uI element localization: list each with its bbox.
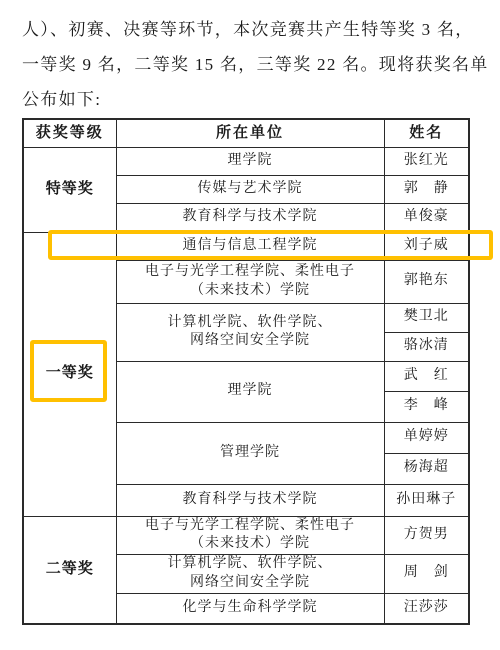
unit-cell: 电子与光学工程学院、柔性电子 （未来技术）学院 (116, 260, 384, 303)
name-cell: 方贺男 (384, 516, 469, 554)
name-cell: 张红光 (384, 147, 469, 175)
unit-text-line2: 网络空间安全学院 (119, 332, 382, 350)
unit-text: 通信与信息工程学院 (119, 237, 382, 255)
unit-text: 传媒与艺术学院 (119, 180, 382, 198)
name-cell: 郭 静 (384, 175, 469, 203)
unit-cell-highlighted: 通信与信息工程学院 (116, 232, 384, 260)
unit-cell: 教育科学与技术学院 (116, 203, 384, 232)
unit-text: 化学与生命科学学院 (119, 599, 382, 617)
name-cell: 单婷婷 (384, 422, 469, 453)
unit-text: 教育科学与技术学院 (119, 208, 382, 226)
name-cell: 单俊豪 (384, 203, 469, 232)
unit-cell: 电子与光学工程学院、柔性电子 （未来技术）学院 (116, 516, 384, 554)
table-row-highlighted: 一等奖 通信与信息工程学院 刘子威 (23, 232, 469, 260)
header-name: 姓名 (384, 119, 469, 147)
awards-table-wrap: 获奖等级 所在单位 姓名 特等奖 理学院 张红光 传媒与艺术学院 郭 静 教育科… (22, 118, 468, 625)
unit-cell: 计算机学院、软件学院、 网络空间安全学院 (116, 554, 384, 593)
name-cell: 李 峰 (384, 391, 469, 422)
unit-cell: 管理学院 (116, 422, 384, 484)
name-cell: 骆冰清 (384, 332, 469, 361)
table-row: 二等奖 电子与光学工程学院、柔性电子 （未来技术）学院 方贺男 (23, 516, 469, 554)
unit-text: 理学院 (119, 382, 382, 400)
unit-cell: 理学院 (116, 361, 384, 422)
intro-line-1: 人）、初赛、决赛等环节，本次竞赛共产生特等奖 3 名， (22, 12, 482, 47)
unit-cell: 传媒与艺术学院 (116, 175, 384, 203)
unit-cell: 理学院 (116, 147, 384, 175)
awards-table: 获奖等级 所在单位 姓名 特等奖 理学院 张红光 传媒与艺术学院 郭 静 教育科… (22, 118, 470, 625)
name-cell: 汪莎莎 (384, 593, 469, 624)
unit-text-line1: 计算机学院、软件学院、 (119, 314, 382, 332)
unit-cell: 计算机学院、软件学院、 网络空间安全学院 (116, 303, 384, 361)
unit-text-line2: 网络空间安全学院 (119, 574, 382, 592)
unit-text-line2: （未来技术）学院 (119, 282, 382, 300)
table-header-row: 获奖等级 所在单位 姓名 (23, 119, 469, 147)
intro-line-2: 一等奖 9 名，二等奖 15 名，三等奖 22 名。现将获奖名单 (22, 47, 482, 82)
table-row: 特等奖 理学院 张红光 (23, 147, 469, 175)
unit-text-line1: 计算机学院、软件学院、 (119, 555, 382, 573)
intro-paragraph: 人）、初赛、决赛等环节，本次竞赛共产生特等奖 3 名， 一等奖 9 名，二等奖 … (0, 0, 500, 117)
name-cell-highlighted: 刘子威 (384, 232, 469, 260)
name-cell: 樊卫北 (384, 303, 469, 332)
unit-cell: 化学与生命科学学院 (116, 593, 384, 624)
name-cell: 周 剑 (384, 554, 469, 593)
name-cell: 孙田琳子 (384, 484, 469, 516)
intro-line-3: 公布如下: (22, 82, 482, 117)
name-cell: 武 红 (384, 361, 469, 391)
unit-text-line2: （未来技术）学院 (119, 535, 382, 553)
level-cell-special-prize: 特等奖 (23, 147, 116, 232)
document-page: 人）、初赛、决赛等环节，本次竞赛共产生特等奖 3 名， 一等奖 9 名，二等奖 … (0, 0, 500, 650)
unit-cell: 教育科学与技术学院 (116, 484, 384, 516)
unit-text-line1: 电子与光学工程学院、柔性电子 (119, 517, 382, 535)
header-award-level: 获奖等级 (23, 119, 116, 147)
unit-text: 教育科学与技术学院 (119, 491, 382, 509)
name-cell: 郭艳东 (384, 260, 469, 303)
unit-text: 管理学院 (119, 444, 382, 462)
name-cell: 杨海超 (384, 453, 469, 484)
unit-text: 理学院 (119, 152, 382, 170)
level-cell-second-prize: 二等奖 (23, 516, 116, 624)
unit-text-line1: 电子与光学工程学院、柔性电子 (119, 263, 382, 281)
header-unit: 所在单位 (116, 119, 384, 147)
level-cell-first-prize: 一等奖 (23, 232, 116, 516)
